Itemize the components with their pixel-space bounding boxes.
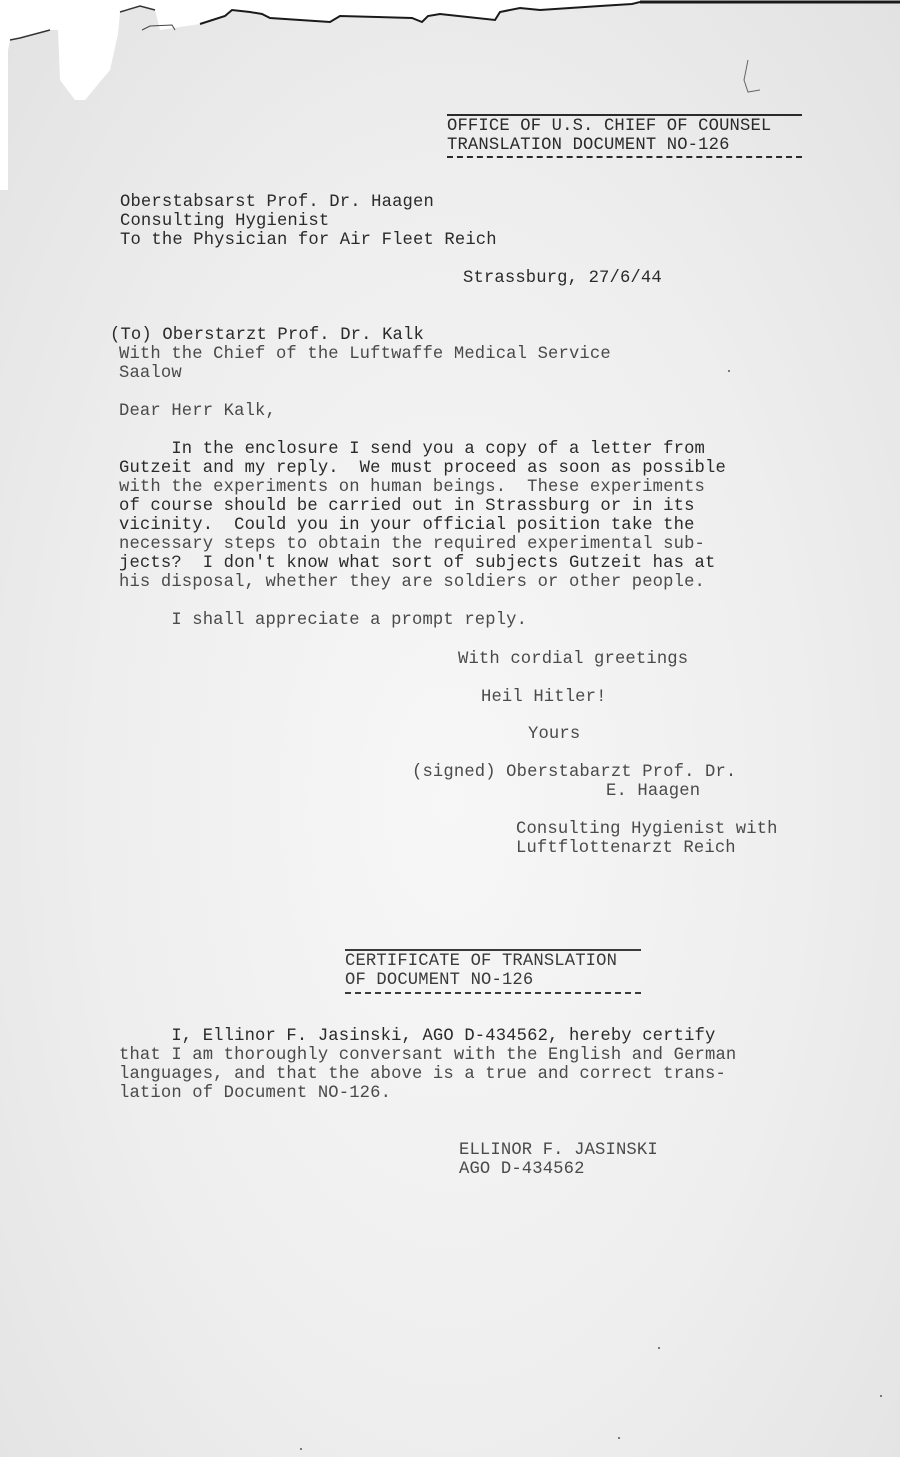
place-date: Strassburg, 27/6/44 — [463, 269, 662, 288]
scan-speck — [618, 1437, 620, 1439]
sender-affiliation: To the Physician for Air Fleet Reich — [120, 231, 497, 250]
translator-name: ELLINOR F. JASINSKI — [459, 1141, 658, 1160]
header-office: OFFICE OF U.S. CHIEF OF COUNSEL — [447, 117, 802, 136]
certificate-line: that I am thoroughly conversant with the… — [119, 1046, 736, 1065]
certificate-heading: CERTIFICATE OF TRANSLATION OF DOCUMENT N… — [345, 949, 641, 994]
salutation: Dear Herr Kalk, — [119, 402, 276, 421]
left-edge-tear — [0, 30, 8, 190]
certificate-heading-line1: CERTIFICATE OF TRANSLATION — [345, 952, 641, 971]
body-line: In the enclosure I send you a copy of a … — [119, 440, 705, 459]
document-header: OFFICE OF U.S. CHIEF OF COUNSEL TRANSLAT… — [447, 114, 802, 158]
certificate-heading-line2: OF DOCUMENT NO-126 — [345, 971, 641, 990]
body-line: his disposal, whether they are soldiers … — [119, 573, 705, 592]
torn-edge-graphic — [0, 0, 900, 110]
certificate-line: lation of Document NO-126. — [119, 1084, 391, 1103]
recipient-affiliation: With the Chief of the Luftwaffe Medical … — [119, 345, 611, 364]
certificate-line: languages, and that the above is a true … — [119, 1065, 726, 1084]
closing-yours: Yours — [528, 725, 580, 744]
body-line: necessary steps to obtain the required e… — [119, 535, 705, 554]
closing-salute: Heil Hitler! — [481, 688, 607, 707]
sender-name: Oberstabsarst Prof. Dr. Haagen — [120, 193, 434, 212]
signed-name-line1: (signed) Oberstabarzt Prof. Dr. — [412, 763, 736, 782]
recipient-location: Saalow — [119, 364, 182, 383]
scan-speck — [658, 1347, 660, 1349]
header-translation-doc: TRANSLATION DOCUMENT NO-126 — [447, 136, 802, 155]
signer-title-line2: Luftflottenarzt Reich — [516, 839, 736, 858]
scan-speck — [728, 370, 730, 372]
body-line: Gutzeit and my reply. We must proceed as… — [119, 459, 726, 478]
closing-greeting: With cordial greetings — [458, 650, 688, 669]
translator-id: AGO D-434562 — [459, 1160, 585, 1179]
document-page: OFFICE OF U.S. CHIEF OF COUNSEL TRANSLAT… — [0, 0, 900, 1457]
signer-title-line1: Consulting Hygienist with — [516, 820, 778, 839]
body-line: with the experiments on human beings. Th… — [119, 478, 705, 497]
body-line: jects? I don't know what sort of subject… — [119, 554, 715, 573]
scan-speck — [880, 1395, 882, 1397]
scan-speck — [300, 1448, 302, 1450]
body-line: of course should be carried out in Stras… — [119, 497, 695, 516]
recipient-name: (To) Oberstarzt Prof. Dr. Kalk — [110, 326, 424, 345]
body-closing-line: I shall appreciate a prompt reply. — [119, 611, 527, 630]
sender-title: Consulting Hygienist — [120, 212, 329, 231]
certificate-line: I, Ellinor F. Jasinski, AGO D-434562, he… — [119, 1027, 715, 1046]
signed-name-line2: E. Haagen — [606, 782, 700, 801]
body-line: vicinity. Could you in your official pos… — [119, 516, 695, 535]
